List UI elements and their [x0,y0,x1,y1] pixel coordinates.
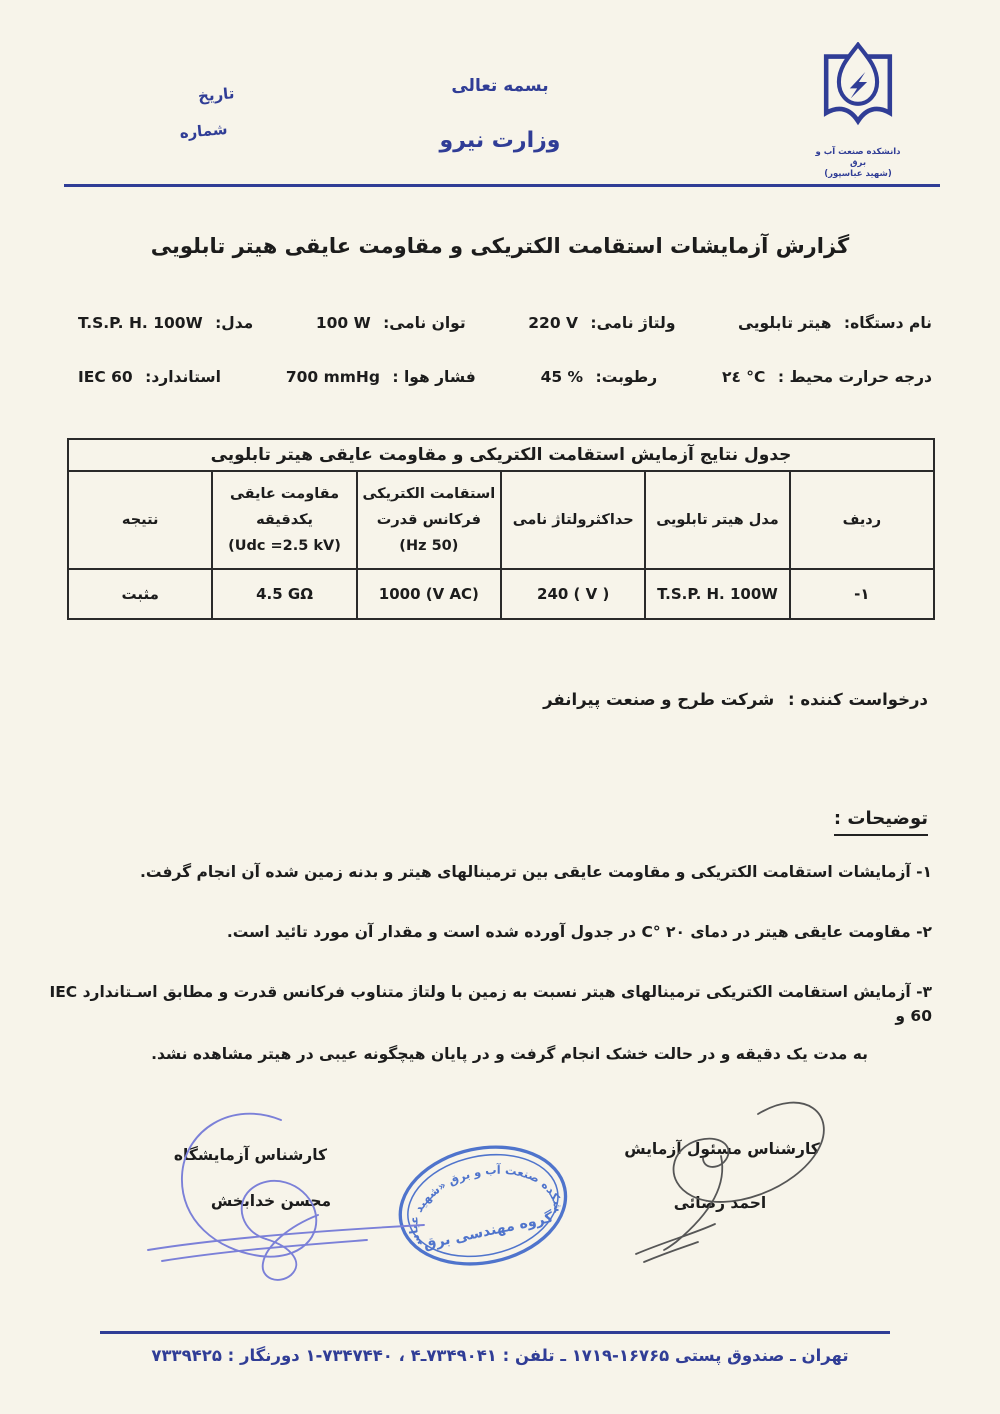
device-name-label: نام دستگاه: [844,314,932,332]
air-pressure-label: فشار هوا : [392,368,475,386]
humidity-value: 45 % [541,368,584,386]
col-header-max-nominal-voltage: حداکثرولتاژ نامی [501,471,645,569]
scanned-test-report-page: تاریخ شماره بسمه تعالی وزارت نیرو دانشکد… [0,0,1000,1414]
standard-label: استاندارد: [145,368,221,386]
model-label: مدل: [215,314,253,332]
model-value: T.S.P. H. 100W [78,314,203,332]
lab-expert-name: محسن خدابخش [196,1192,346,1210]
device-info-row-1: نام دستگاه: هیتر تابلویی ولتاژ نامی: 220… [78,314,932,332]
nominal-voltage-value: 220 V [528,314,578,332]
device-name-field: نام دستگاه: هیتر تابلویی [738,314,932,332]
cell-row-number: ١- [790,569,934,619]
device-name-value: هیتر تابلویی [738,314,831,332]
header-divider [64,184,940,187]
col-header-row-number: ردیف [790,471,934,569]
model-field: مدل: T.S.P. H. 100W [78,314,253,332]
air-pressure-field: فشار هوا : 700 mmHg [286,368,476,386]
standard-field: استاندارد: IEC 60 [78,368,221,386]
ambient-temperature-label: درجه حرارت محیط : [778,368,932,386]
requester-label: درخواست کننده : [788,690,928,709]
nominal-power-field: توان نامی: 100 W [316,314,466,332]
results-table-header-row: ردیف مدل هیتر تابلویی حداکثرولتاژ نامی ا… [68,471,934,569]
logo-water-drop [839,45,877,104]
ambient-temperature-value: ٢٤ °C [722,368,765,386]
nominal-power-value: 100 W [316,314,371,332]
report-title: گزارش آزمایشات استقامت الکتریکی و مقاومت… [0,234,1000,258]
results-table-title: جدول نتایج آزمایش استقامت الکتریکی و مقا… [68,439,934,471]
test-supervisor-signature [572,1092,852,1272]
col-header-heater-model: مدل هیتر تابلویی [645,471,789,569]
cell-electric-strength: 1000 (V AC) [357,569,501,619]
cell-heater-model: T.S.P. H. 100W [645,569,789,619]
results-table-title-row: جدول نتایج آزمایش استقامت الکتریکی و مقا… [68,439,934,471]
device-info-row-2: درجه حرارت محیط : ٢٤ °C رطوبت: 45 % فشار… [78,368,932,386]
col-header-result: نتیجه [68,471,212,569]
footer-contact-line: تهران ـ صندوق پستی ۱۶۷۶۵-۱۷۱۹ ـ تلفن : ۷… [0,1346,1000,1365]
requester-line: درخواست کننده : شرکت طرح و صنعت پیرانفر [543,690,928,709]
standard-value: IEC 60 [78,368,133,386]
note-item-3-line-1: ٣- آزمایش استقامت الکتریکی ترمینالهای هی… [40,980,932,1028]
university-logo-emblem [812,42,904,142]
footer-divider [100,1331,890,1334]
test-supervisor-title: کارشناس مسئول آزمایش [622,1140,822,1158]
logo-caption-line1: دانشکده صنعت آب و برق [808,147,908,169]
department-stamp: دانشکده صنعت آب و برق «شهید عباسپور» گرو… [376,1118,591,1294]
lab-expert-title: کارشناس آزمایشگاه [168,1146,333,1164]
cell-insulation-resistance: 4.5 GΩ [212,569,356,619]
col-header-electric-strength: استقامت الکتریکی فرکانس قدرت (50 Hz) [357,471,501,569]
humidity-label: رطوبت: [596,368,658,386]
nominal-voltage-field: ولتاژ نامی: 220 V [528,314,675,332]
university-logo: دانشکده صنعت آب و برق (شهید عباسپور) [808,42,908,180]
nominal-power-label: توان نامی: [383,314,466,332]
air-pressure-value: 700 mmHg [286,368,380,386]
test-supervisor-name: احمد رضائی [640,1194,800,1212]
ambient-temperature-field: درجه حرارت محیط : ٢٤ °C [722,368,932,386]
cell-result: مثبت [68,569,212,619]
note-item-1: ١- آزمایشات استقامت الکتریکی و مقاومت عا… [110,860,932,884]
logo-caption-line2: (شهید عباسپور) [808,169,908,180]
cell-max-nominal-voltage: 240 ( V ) [501,569,645,619]
requester-value: شرکت طرح و صنعت پیرانفر [543,690,774,709]
note-item-2: ٢- مقاومت عایقی هیتر در دمای ٢٠ °C در جد… [110,920,932,944]
col-header-insulation-resistance: مقاومت عایقی یکدقیقه (Udc =2.5 kV) [212,471,356,569]
nominal-voltage-label: ولتاژ نامی: [590,314,675,332]
results-table: جدول نتایج آزمایش استقامت الکتریکی و مقا… [67,438,935,620]
notes-heading: توضیحات : [834,808,928,836]
humidity-field: رطوبت: 45 % [541,368,658,386]
results-table-data-row: ١- T.S.P. H. 100W 240 ( V ) 1000 (V AC) … [68,569,934,619]
note-item-3-line-2: به مدت یک دقیقه و در حالت خشک انجام گرفت… [150,1042,868,1066]
